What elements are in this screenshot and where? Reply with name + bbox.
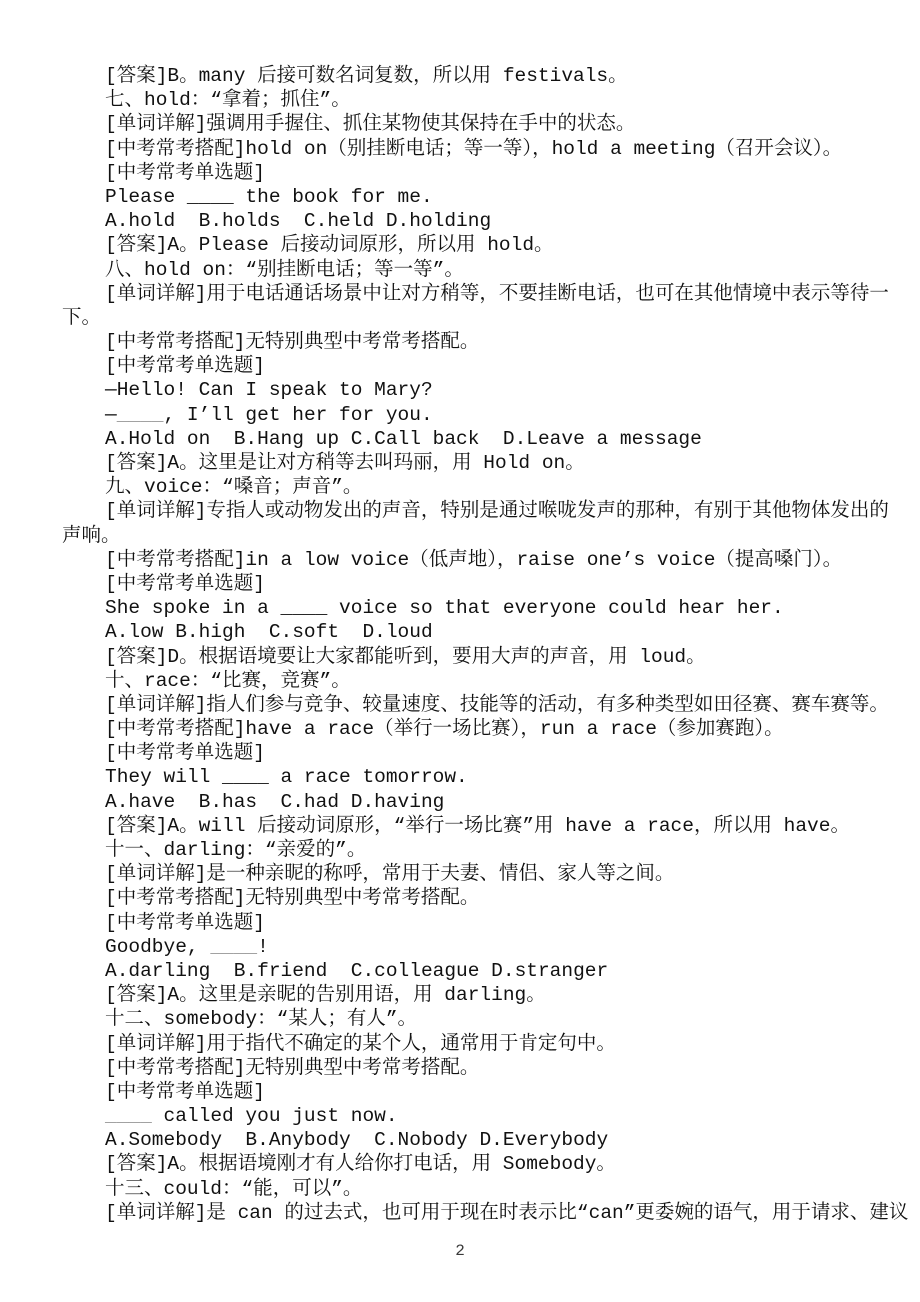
text-line: [中考常考单选题] bbox=[62, 911, 862, 935]
blank-underscore: ____ bbox=[117, 404, 164, 426]
text-line: ____ called you just now. bbox=[62, 1104, 862, 1128]
text-line: 声响。 bbox=[62, 524, 862, 548]
text-segment: called you just now. bbox=[152, 1105, 398, 1127]
text-line: [中考常考单选题] bbox=[62, 572, 862, 596]
text-line: [单词详解]是 can 的过去式，也可用于现在时表示比“can”更委婉的语气，用… bbox=[62, 1201, 862, 1225]
text-line: [答案]A。根据语境刚才有人给你打电话，用 Somebody。 bbox=[62, 1152, 862, 1176]
text-line: [答案]A。Please 后接动词原形，所以用 hold。 bbox=[62, 233, 862, 257]
text-line: 九、voice：“嗓音；声音”。 bbox=[62, 475, 862, 499]
text-line: [中考常考搭配]无特别典型中考常考搭配。 bbox=[62, 330, 862, 354]
text-line: [中考常考单选题] bbox=[62, 1080, 862, 1104]
text-line: 下。 bbox=[62, 306, 862, 330]
text-line: [中考常考单选题] bbox=[62, 741, 862, 765]
text-line: A.Somebody B.Anybody C.Nobody D.Everybod… bbox=[62, 1128, 862, 1152]
text-line: 十二、somebody：“某人；有人”。 bbox=[62, 1007, 862, 1031]
document-page: [答案]B。many 后接可数名词复数，所以用 festivals。七、hold… bbox=[0, 0, 920, 1302]
text-segment: ! bbox=[257, 936, 269, 958]
text-line: 七、hold：“拿着；抓住”。 bbox=[62, 88, 862, 112]
text-segment: Goodbye, bbox=[105, 936, 210, 958]
text-line: [单词详解]指人们参与竞争、较量速度、技能等的活动，有多种类型如田径赛、赛车赛等… bbox=[62, 693, 862, 717]
text-line: They will ____ a race tomorrow. bbox=[62, 765, 862, 789]
text-line: 十、race：“比赛，竞赛”。 bbox=[62, 669, 862, 693]
blank-underscore: ____ bbox=[105, 1105, 152, 1127]
text-line: She spoke in a ____ voice so that everyo… bbox=[62, 596, 862, 620]
text-line: A.darling B.friend C.colleague D.strange… bbox=[62, 959, 862, 983]
text-line: 八、hold on：“别挂断电话；等一等”。 bbox=[62, 258, 862, 282]
text-line: [单词详解]强调用手握住、抓住某物使其保持在手中的状态。 bbox=[62, 112, 862, 136]
text-segment: , I’ll get her for you. bbox=[164, 404, 433, 426]
text-segment: — bbox=[105, 404, 117, 426]
blank-underscore: ____ bbox=[210, 936, 257, 958]
text-line: [中考常考搭配]hold on（别挂断电话；等一等），hold a meetin… bbox=[62, 137, 862, 161]
text-line: [中考常考搭配]无特别典型中考常考搭配。 bbox=[62, 886, 862, 910]
text-line: [答案]A。will 后接动词原形，“举行一场比赛”用 have a race，… bbox=[62, 814, 862, 838]
text-line: 十三、could：“能，可以”。 bbox=[62, 1177, 862, 1201]
text-line: [中考常考单选题] bbox=[62, 354, 862, 378]
text-line: —Hello! Can I speak to Mary? bbox=[62, 378, 862, 402]
text-line: [答案]B。many 后接可数名词复数，所以用 festivals。 bbox=[62, 64, 862, 88]
text-line: [单词详解]用于电话通话场景中让对方稍等，不要挂断电话，也可在其他情境中表示等待… bbox=[62, 282, 862, 306]
text-line: [单词详解]专指人或动物发出的声音，特别是通过喉咙发声的那种，有别于其他物体发出… bbox=[62, 499, 862, 523]
text-line: [中考常考搭配]have a race（举行一场比赛），run a race（参… bbox=[62, 717, 862, 741]
text-line: [单词详解]是一种亲昵的称呼，常用于夫妻、情侣、家人等之间。 bbox=[62, 862, 862, 886]
text-line: [答案]A。这里是让对方稍等去叫玛丽，用 Hold on。 bbox=[62, 451, 862, 475]
text-line: A.low B.high C.soft D.loud bbox=[62, 620, 862, 644]
text-line: —____, I’ll get her for you. bbox=[62, 403, 862, 427]
text-line: Please ____ the book for me. bbox=[62, 185, 862, 209]
page-number: 2 bbox=[0, 1241, 920, 1261]
text-line: 十一、darling：“亲爱的”。 bbox=[62, 838, 862, 862]
text-line: [单词详解]用于指代不确定的某个人，通常用于肯定句中。 bbox=[62, 1032, 862, 1056]
text-line: [答案]A。这里是亲昵的告别用语，用 darling。 bbox=[62, 983, 862, 1007]
text-line: [答案]D。根据语境要让大家都能听到，要用大声的声音，用 loud。 bbox=[62, 645, 862, 669]
text-line: A.Hold on B.Hang up C.Call back D.Leave … bbox=[62, 427, 862, 451]
text-line: [中考常考搭配]in a low voice（低声地），raise one’s … bbox=[62, 548, 862, 572]
text-line: Goodbye, ____! bbox=[62, 935, 862, 959]
text-line: [中考常考搭配]无特别典型中考常考搭配。 bbox=[62, 1056, 862, 1080]
text-line: A.hold B.holds C.held D.holding bbox=[62, 209, 862, 233]
text-line: [中考常考单选题] bbox=[62, 161, 862, 185]
document-lines: [答案]B。many 后接可数名词复数，所以用 festivals。七、hold… bbox=[62, 64, 862, 1225]
text-line: A.have B.has C.had D.having bbox=[62, 790, 862, 814]
